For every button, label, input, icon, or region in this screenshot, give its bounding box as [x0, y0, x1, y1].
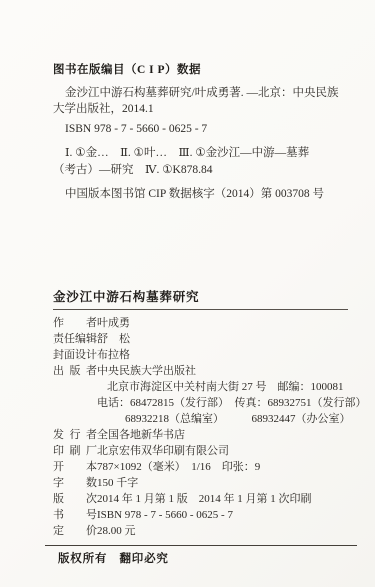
- book-title: 金沙江中游石构墓葬研究: [53, 289, 348, 305]
- row-label: 发行者: [53, 427, 97, 443]
- row-publisher-phone: 电话：68472815（发行部） 传真：68932751（发行部）: [53, 395, 348, 411]
- row-label: 出版者: [53, 363, 97, 379]
- row-label: 责任编辑: [53, 331, 97, 347]
- row-label: 版次: [53, 491, 97, 507]
- cip-classification-line-2: （考古）—研究 Ⅳ. ①K878.84: [53, 162, 347, 179]
- row-value: 北京市海淀区中关村南大街 27 号 邮编：100081: [107, 381, 344, 393]
- cip-bibliographic-line-1: 金沙江中游石构墓葬研究/叶成勇著. —北京：中央民族: [53, 85, 347, 102]
- row-label: 封面设计: [53, 347, 97, 363]
- row-price: 定价28.00 元: [53, 523, 348, 539]
- row-edition: 版次2014 年 1 月第 1 版 2014 年 1 月第 1 次印刷: [53, 491, 348, 507]
- bottom-rule-divider: [45, 545, 357, 546]
- row-publisher-phone-2: 68932218（总编室） 68932447（办公室）: [53, 411, 348, 427]
- cip-isbn: ISBN 978 - 7 - 5660 - 0625 - 7: [53, 121, 347, 138]
- row-value: 电话：68472815（发行部） 传真：68932751（发行部）: [97, 397, 367, 409]
- row-book-number: 书号ISBN 978 - 7 - 5660 - 0625 - 7: [53, 507, 348, 523]
- row-value: 北京宏伟双华印刷有限公司: [97, 445, 229, 457]
- book-copyright-page: 图书在版编目（C I P）数据 金沙江中游石构墓葬研究/叶成勇著. —北京：中央…: [0, 0, 375, 587]
- row-label: 字数: [53, 475, 97, 491]
- row-format: 开本787×1092（毫米） 1/16 印张：9: [53, 459, 348, 475]
- row-value: 中央民族大学出版社: [97, 365, 196, 377]
- row-distributor: 发行者全国各地新华书店: [53, 427, 348, 443]
- row-label: 开本: [53, 459, 97, 475]
- row-value: 28.00 元: [97, 525, 136, 537]
- copyright-notice: 版权所有 翻印必究: [53, 551, 348, 567]
- row-value: ISBN 978 - 7 - 5660 - 0625 - 7: [97, 509, 233, 521]
- row-publisher-address: 北京市海淀区中关村南大街 27 号 邮编：100081: [53, 379, 348, 395]
- row-editor: 责任编辑舒 松: [53, 331, 348, 347]
- cip-section: 图书在版编目（C I P）数据 金沙江中游石构墓葬研究/叶成勇著. —北京：中央…: [53, 62, 347, 203]
- row-value: 全国各地新华书店: [97, 429, 185, 441]
- row-value: 787×1092（毫米） 1/16 印张：9: [97, 461, 260, 473]
- title-rule-divider: [53, 309, 348, 310]
- cip-classification-line-1: Ⅰ. ①金… Ⅱ. ①叶… Ⅲ. ①金沙江—中游—墓葬: [53, 145, 347, 162]
- row-value: 舒 松: [97, 333, 130, 345]
- row-label: 印刷厂: [53, 443, 97, 459]
- row-label: 作者: [53, 315, 97, 331]
- row-printer: 印刷厂北京宏伟双华印刷有限公司: [53, 443, 348, 459]
- row-cover-design: 封面设计布拉格: [53, 347, 348, 363]
- cip-record-number: 中国版本图书馆 CIP 数据核字（2014）第 003708 号: [53, 186, 347, 203]
- row-label: 定价: [53, 523, 97, 539]
- cip-header: 图书在版编目（C I P）数据: [53, 62, 347, 79]
- row-author: 作者叶成勇: [53, 315, 348, 331]
- row-publisher: 出版者中央民族大学出版社: [53, 363, 348, 379]
- row-word-count: 字数150 千字: [53, 475, 348, 491]
- row-value: 叶成勇: [97, 317, 130, 329]
- cip-bibliographic-line-2: 大学出版社，2014.1: [53, 101, 347, 118]
- row-value: 68932218（总编室） 68932447（办公室）: [125, 413, 351, 425]
- row-value: 150 千字: [97, 477, 138, 489]
- colophon-section: 金沙江中游石构墓葬研究 作者叶成勇 责任编辑舒 松 封面设计布拉格 出版者中央民…: [53, 289, 348, 567]
- row-value: 2014 年 1 月第 1 版 2014 年 1 月第 1 次印刷: [97, 493, 312, 505]
- row-label: 书号: [53, 507, 97, 523]
- row-value: 布拉格: [97, 349, 130, 361]
